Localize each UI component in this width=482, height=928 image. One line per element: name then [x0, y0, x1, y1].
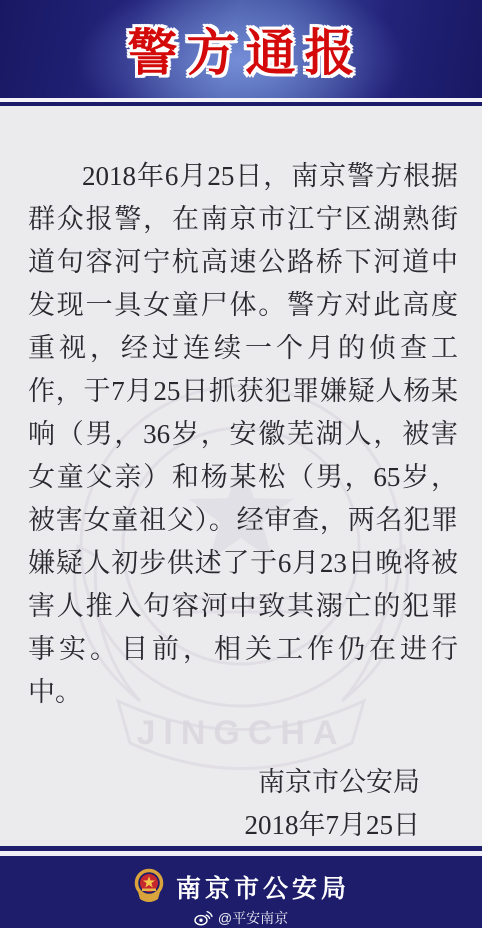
signature-block: 南京市公安局 2018年7月25日 [0, 761, 482, 846]
weibo-icon [194, 910, 213, 926]
notice-body: JINGCHA 2018年6月25日，南京警方根据群众报警，在南京市江宁区湖熟街… [0, 106, 482, 846]
notice-title: 警方通报 [119, 13, 364, 85]
police-notice-poster: 警方通报 JINGCHA 2018年6月25日，南京警方根据群众报警，在南京市江… [0, 0, 482, 928]
notice-paragraph: 2018年6月25日，南京警方根据群众报警，在南京市江宁区湖熟街道句容河宁杭高速… [0, 106, 482, 714]
footer-weibo-row: @平安南京 [194, 908, 288, 928]
signature-org: 南京市公安局 [0, 761, 420, 804]
police-badge-icon [132, 868, 166, 906]
watermark-banner-text: JINGCHA [136, 714, 345, 752]
footer-org-name: 南京市公安局 [176, 869, 350, 905]
signature-date: 2018年7月25日 [0, 804, 420, 846]
footer-banner: 南京市公安局 @平安南京 [0, 856, 482, 928]
header-banner: 警方通报 [0, 0, 482, 98]
footer-weibo-handle: @平安南京 [218, 908, 288, 928]
footer-org-row: 南京市公安局 [132, 868, 350, 906]
